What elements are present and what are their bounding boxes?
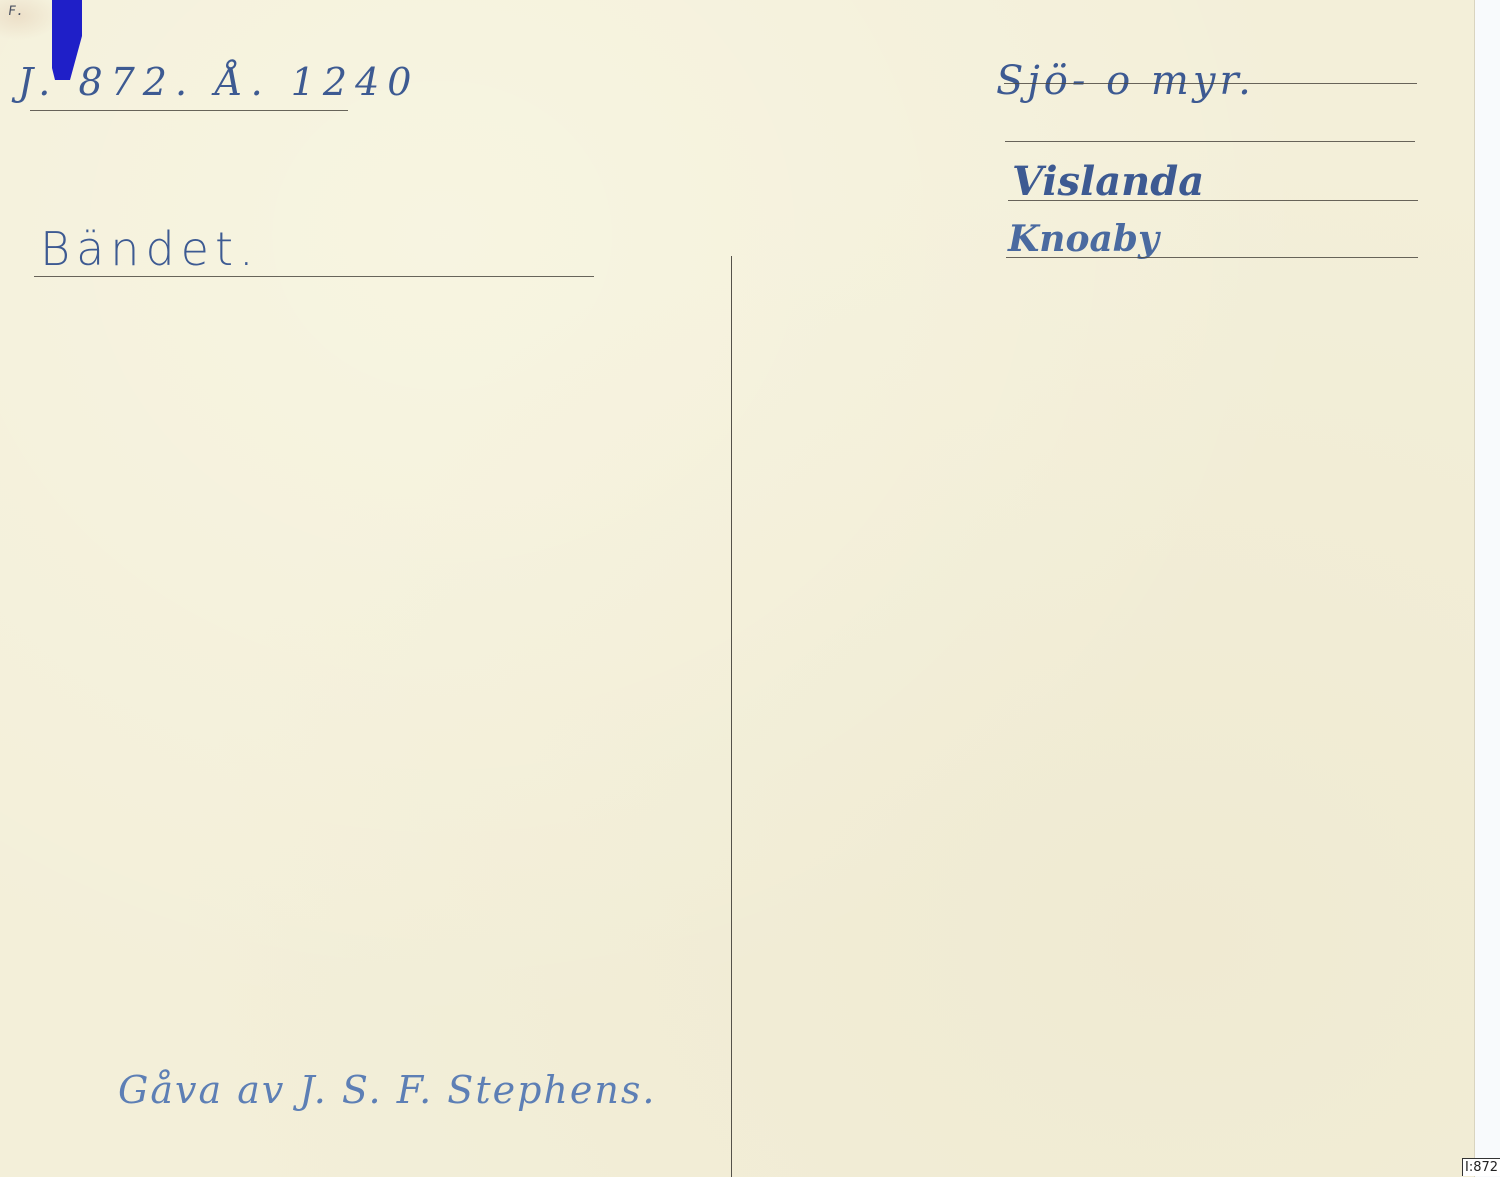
village-underline	[1006, 257, 1418, 258]
parish-underline	[1008, 200, 1418, 201]
donor-credit: Gåva av J. S. F. Stephens.	[118, 1068, 656, 1112]
page-id-label: I:872	[1462, 1158, 1500, 1176]
village-name: Knoaby	[1008, 218, 1159, 260]
corner-mark: F.	[7, 4, 25, 19]
title-underline	[34, 276, 594, 277]
category-label: Sjö- o myr.	[996, 58, 1255, 104]
call-number: J. 872. Å. 1240	[18, 60, 419, 104]
category-underline	[1004, 83, 1417, 84]
parish-name: Vislanda	[1012, 158, 1204, 205]
column-divider	[731, 256, 732, 1177]
call-number-underline	[30, 110, 348, 111]
blank-rule	[1005, 141, 1415, 142]
index-card: F. J. 872. Å. 1240 Bändet. Sjö- o myr. V…	[0, 0, 1475, 1177]
card-title: Bändet.	[40, 222, 260, 276]
